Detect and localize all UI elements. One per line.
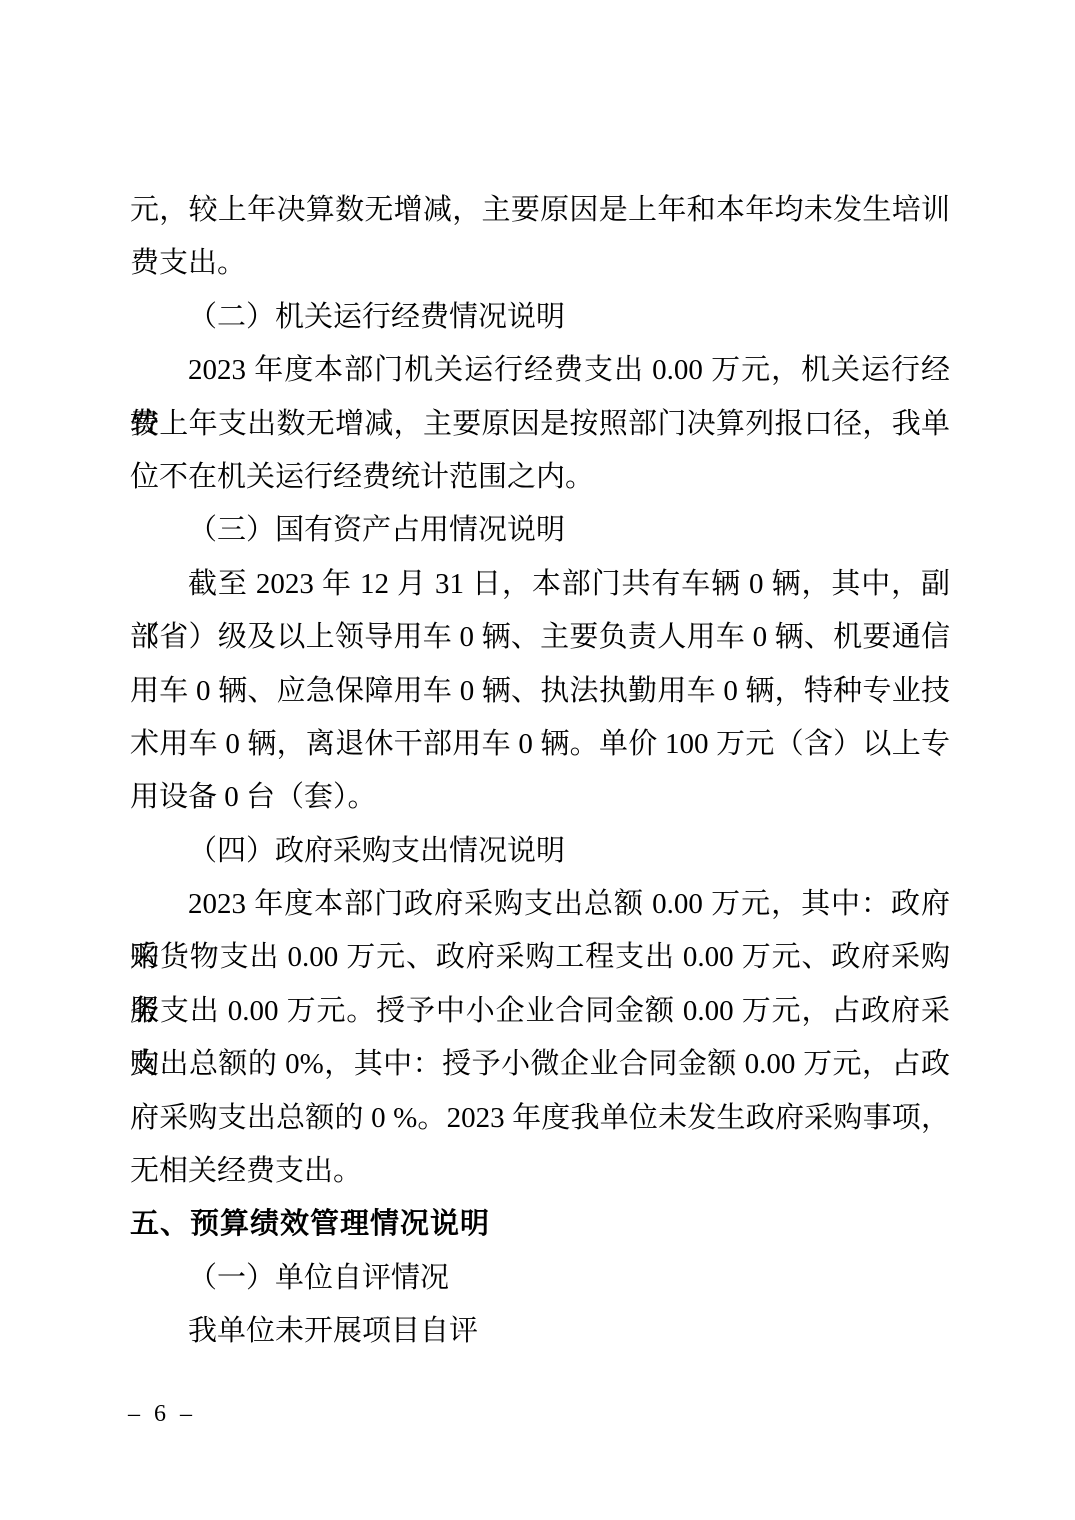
text-line: 元，较上年决算数无增减，主要原因是上年和本年均未发生培训: [130, 184, 950, 237]
text-line: 费支出。: [130, 237, 950, 290]
text-line: 我单位未开展项目自评: [130, 1305, 950, 1358]
text-line: 购货物支出 0.00 万元、政府采购工程支出 0.00 万元、政府采购服: [130, 931, 950, 984]
text-line: 2023 年度本部门机关运行经费支出 0.00 万元，机关运行经费: [130, 344, 950, 397]
text-line: 支出总额的 0%，其中：授予小微企业合同金额 0.00 万元，占政: [130, 1038, 950, 1091]
text-line: 术用车 0 辆，离退休干部用车 0 辆。单价 100 万元（含）以上专: [130, 718, 950, 771]
page-number: – 6 –: [128, 1401, 196, 1428]
section-heading: 五、预算绩效管理情况说明: [130, 1198, 950, 1251]
text-line: 用车 0 辆、应急保障用车 0 辆、执法执勤用车 0 辆，特种专业技: [130, 665, 950, 718]
text-line: 截至 2023 年 12 月 31 日，本部门共有车辆 0 辆，其中，副部: [130, 558, 950, 611]
text-line: （四）政府采购支出情况说明: [130, 825, 950, 878]
text-line: （二）机关运行经费情况说明: [130, 291, 950, 344]
text-line: 府采购支出总额的 0 %。2023 年度我单位未发生政府采购事项，: [130, 1092, 950, 1145]
text-line: 用设备 0 台（套）。: [130, 771, 950, 824]
text-line: 务支出 0.00 万元。授予中小企业合同金额 0.00 万元，占政府采购: [130, 985, 950, 1038]
text-line: 较上年支出数无增减，主要原因是按照部门决算列报口径，我单: [130, 398, 950, 451]
text-line: （一）单位自评情况: [130, 1252, 950, 1305]
text-line: 2023 年度本部门政府采购支出总额 0.00 万元，其中：政府采: [130, 878, 950, 931]
document-body: 元，较上年决算数无增减，主要原因是上年和本年均未发生培训费支出。（二）机关运行经…: [130, 184, 950, 1359]
document-page: 元，较上年决算数无增减，主要原因是上年和本年均未发生培训费支出。（二）机关运行经…: [0, 0, 1075, 1520]
text-line: 无相关经费支出。: [130, 1145, 950, 1198]
text-line: （三）国有资产占用情况说明: [130, 504, 950, 557]
text-line: 位不在机关运行经费统计范围之内。: [130, 451, 950, 504]
text-line: （省）级及以上领导用车 0 辆、主要负责人用车 0 辆、机要通信: [130, 611, 950, 664]
